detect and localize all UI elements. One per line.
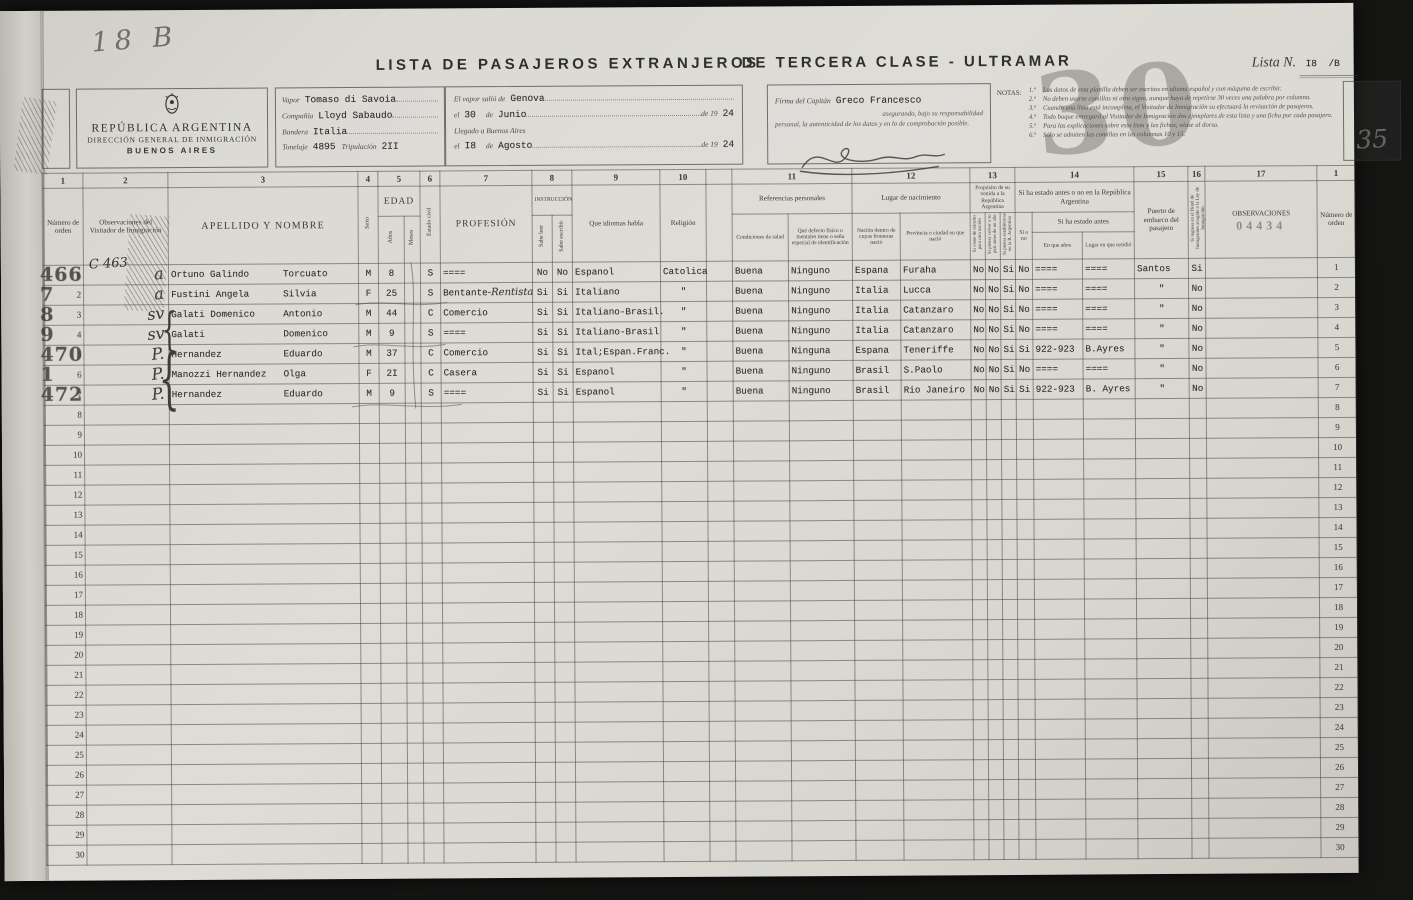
cell-c14lugar xyxy=(1086,799,1138,819)
cell-puerto xyxy=(1135,418,1189,438)
cell-order: 29 xyxy=(47,825,87,845)
col-header-proposito-1: Si viene de tránsito para otra nación xyxy=(970,213,985,260)
cell-order: 11 xyxy=(45,465,85,485)
cell-anos xyxy=(380,603,406,623)
cell-order: 13 xyxy=(45,505,85,525)
col-number-5: 5 xyxy=(378,171,420,186)
cell-religion xyxy=(663,681,709,701)
cell-defecto xyxy=(789,440,853,460)
cell-nacion xyxy=(853,420,901,440)
cell-anos: 2I xyxy=(379,363,405,383)
col-number-6: 6 xyxy=(420,171,440,186)
cell-salud xyxy=(733,441,789,461)
cell-defecto xyxy=(790,500,854,520)
cell-obs xyxy=(86,665,171,686)
cell-order: 7472 xyxy=(44,385,84,405)
cell-c14anos xyxy=(1033,399,1083,419)
cell-obs xyxy=(86,725,171,746)
cell-order: 27 xyxy=(44,285,84,305)
cell-escr xyxy=(554,562,574,582)
cell-nacion xyxy=(854,560,902,580)
cell-leer xyxy=(535,722,555,742)
cell-sexo: F xyxy=(359,283,379,303)
cell-anos xyxy=(379,423,405,443)
cell-p3: Si xyxy=(1001,379,1016,399)
cell-order: 12 xyxy=(45,485,85,505)
cell-escr xyxy=(554,582,574,602)
cell-p3 xyxy=(1002,519,1017,539)
cell-spacer xyxy=(710,781,736,801)
cell-p2: No xyxy=(986,320,1001,340)
cell-p1 xyxy=(973,640,988,660)
notas-list: 1.ªLos datos de esta planilla deben ser … xyxy=(1029,85,1337,140)
cell-c14anos xyxy=(1034,499,1084,519)
cell-nacion xyxy=(856,800,904,820)
cell-prof xyxy=(443,722,535,743)
col-number-9: 9 xyxy=(572,170,660,186)
cell-idiomas xyxy=(575,622,663,643)
cell-num2: 29 xyxy=(1321,817,1359,837)
cell-salud xyxy=(733,421,789,441)
cell-p1 xyxy=(971,400,986,420)
agency-city: BUENOS AIRES xyxy=(77,146,267,156)
cell-civil: C xyxy=(421,343,441,363)
cell-salud: Buena xyxy=(733,281,789,301)
compania-value: Lloyd Sabaudo xyxy=(318,110,392,121)
cell-c14si xyxy=(1017,519,1034,539)
cell-leer xyxy=(533,402,553,422)
cell-escr xyxy=(555,682,575,702)
cell-obs: P. xyxy=(84,385,169,406)
cell-idiomas: Ital;Espan.Franc. xyxy=(573,342,661,363)
cell-escr xyxy=(555,722,575,742)
cell-obs xyxy=(85,565,170,586)
cell-meses xyxy=(405,403,421,423)
cell-nacion xyxy=(854,480,902,500)
cell-name xyxy=(172,783,362,804)
cell-sexo xyxy=(360,443,380,463)
col-header-anos: Años xyxy=(378,216,404,263)
cell-prov xyxy=(903,760,973,780)
cell-name xyxy=(171,703,361,724)
cell-religion xyxy=(661,401,707,421)
cell-nacion xyxy=(856,780,904,800)
cell-puerto xyxy=(1136,478,1190,498)
cell-leer xyxy=(535,742,555,762)
cell-prov: Lucca xyxy=(901,280,971,300)
cell-puerto xyxy=(1137,718,1191,738)
lista-number: Lista N. I8 /B xyxy=(1252,55,1340,72)
cell-idiomas: Italiano xyxy=(573,282,661,303)
cell-spacer xyxy=(707,281,733,301)
cell-escr xyxy=(555,662,575,682)
cell-c14anos xyxy=(1035,639,1085,659)
cell-order: 5470 xyxy=(44,345,84,365)
cell-nacion: Italia xyxy=(853,320,901,340)
cell-num2: 28 xyxy=(1321,797,1359,817)
cell-c14lugar xyxy=(1085,619,1137,639)
cell-obs17 xyxy=(1207,438,1319,459)
cell-escr: Si xyxy=(553,302,573,322)
cell-religion xyxy=(664,821,710,841)
cell-meses xyxy=(408,843,424,863)
cell-num2: 20 xyxy=(1320,637,1358,657)
cell-civil xyxy=(423,623,443,643)
cell-defecto xyxy=(791,620,855,640)
cell-religion xyxy=(663,741,709,761)
cell-spacer xyxy=(707,301,733,321)
cell-p3 xyxy=(1002,559,1017,579)
cell-religion: " xyxy=(661,281,707,301)
de19-label: de 19 xyxy=(701,109,718,118)
cell-nacion xyxy=(855,680,903,700)
cell-religion xyxy=(661,421,707,441)
cell-p2 xyxy=(989,780,1004,800)
cell-spacer xyxy=(710,801,736,821)
cell-p3 xyxy=(1003,659,1018,679)
cell-c14anos xyxy=(1036,839,1086,859)
cell-c14anos xyxy=(1035,619,1085,639)
ship-box: VaporTomaso di Savoia CompañíaLloyd Saba… xyxy=(275,86,445,167)
col-header-estado-civil: Estado civil xyxy=(420,186,440,263)
col-number-4: 4 xyxy=(358,171,378,186)
cell-salud xyxy=(735,701,791,721)
cell-obs xyxy=(86,685,171,706)
cell-sexo xyxy=(361,643,381,663)
cell-puerto: " xyxy=(1135,318,1189,338)
cell-name xyxy=(170,463,360,484)
cell-nacion: Brasil xyxy=(853,360,901,380)
cell-defecto xyxy=(790,560,854,580)
cell-c14lugar xyxy=(1083,419,1135,439)
cell-defecto xyxy=(792,820,856,840)
cell-c14si: Si xyxy=(1016,379,1033,399)
cell-hotel xyxy=(1191,738,1208,758)
cell-idiomas xyxy=(574,482,662,503)
compania-label: Compañía xyxy=(282,111,313,120)
cell-p2 xyxy=(988,760,1003,780)
col-header-puerto: Puerto de embarco del pasajero xyxy=(1134,181,1188,258)
cell-order: 21 xyxy=(46,665,86,685)
cell-obs xyxy=(86,765,171,786)
cell-c14anos: 922-923 xyxy=(1033,379,1083,399)
cell-prof xyxy=(444,842,536,863)
cell-p3 xyxy=(1003,679,1018,699)
col-header-sexo: Sexo xyxy=(358,186,378,263)
col-number-12: 12 xyxy=(852,168,970,184)
cell-salud xyxy=(734,521,790,541)
cell-p1 xyxy=(974,820,989,840)
cell-meses xyxy=(406,583,422,603)
cell-p1: No xyxy=(971,300,986,320)
cell-c14si xyxy=(1019,839,1036,859)
cell-sexo xyxy=(360,503,380,523)
salida-ano: 24 xyxy=(723,108,734,119)
cell-p2: No xyxy=(986,280,1001,300)
cell-spacer xyxy=(709,721,735,741)
cell-puerto xyxy=(1138,758,1192,778)
cell-c14si xyxy=(1018,639,1035,659)
col-header-sabe-escribir: Sabe escribir xyxy=(552,215,572,262)
cell-p2: No xyxy=(986,380,1001,400)
cell-c14lugar xyxy=(1084,519,1136,539)
cell-p3: Si xyxy=(1001,279,1016,299)
el-label: el xyxy=(454,110,459,119)
cell-civil xyxy=(424,823,444,843)
cell-p1 xyxy=(973,740,988,760)
cell-name: GalatiDomenico xyxy=(169,323,359,344)
cell-c14lugar xyxy=(1086,839,1138,859)
cell-civil: S xyxy=(421,323,441,343)
cell-p3 xyxy=(1003,619,1018,639)
col-header-proposito-3: Si piensa establecerse en la R. Argentin… xyxy=(1000,212,1015,259)
cell-idiomas: Italiano-Brasil xyxy=(573,322,661,343)
cell-obs17 xyxy=(1206,398,1318,419)
de-label: de xyxy=(486,110,493,119)
cell-hotel: No xyxy=(1189,338,1206,358)
cell-prof xyxy=(442,502,534,523)
cell-hotel xyxy=(1192,818,1209,838)
cell-leer: Si xyxy=(533,302,553,322)
cell-prof xyxy=(442,522,534,543)
handwritten-visitor-mark: sv xyxy=(146,323,165,344)
cell-sexo xyxy=(360,543,380,563)
cell-escr xyxy=(554,542,574,562)
cell-leer xyxy=(536,802,556,822)
cell-num2: 30 xyxy=(1321,837,1359,857)
cell-c14si: No xyxy=(1016,279,1033,299)
cell-nacion xyxy=(854,520,902,540)
cell-num2: 5 xyxy=(1318,337,1356,357)
cell-civil: C xyxy=(421,363,441,383)
cell-num2: 13 xyxy=(1319,497,1357,517)
cell-meses xyxy=(405,323,421,343)
cell-escr: Si xyxy=(553,362,573,382)
cell-idiomas xyxy=(575,662,663,683)
cell-escr: Si xyxy=(553,342,573,362)
cell-obs: P. xyxy=(84,365,169,386)
cell-nacion: Brasil xyxy=(853,380,901,400)
cell-meses xyxy=(407,643,423,663)
cell-p1 xyxy=(972,600,987,620)
cell-leer xyxy=(534,482,554,502)
cell-idiomas xyxy=(575,742,663,763)
el2-label: el xyxy=(454,141,459,150)
cell-p2: No xyxy=(985,260,1000,280)
cell-p3 xyxy=(1003,739,1018,759)
cell-c14anos: ==== xyxy=(1033,299,1083,319)
cell-anos xyxy=(380,543,406,563)
cell-hotel xyxy=(1191,638,1208,658)
cell-religion: Catolica xyxy=(660,261,706,281)
vapor-label: Vapor xyxy=(282,95,300,104)
cell-anos: 37 xyxy=(379,343,405,363)
cell-c14lugar xyxy=(1085,659,1137,679)
cell-nacion xyxy=(856,820,904,840)
cell-order: 26 xyxy=(46,765,86,785)
cell-puerto xyxy=(1137,638,1191,658)
cell-religion xyxy=(662,501,708,521)
lista-suffix: /B xyxy=(1328,58,1339,69)
col-number-11: 11 xyxy=(732,168,852,184)
cell-order: 30 xyxy=(47,845,87,865)
cell-civil xyxy=(421,423,441,443)
tripulacion-value: 2II xyxy=(382,141,399,152)
cell-p1 xyxy=(972,480,987,500)
cell-salud xyxy=(733,401,789,421)
stamped-passenger-number: 470 xyxy=(40,344,83,366)
cell-p1: No xyxy=(970,260,985,280)
cell-spacer xyxy=(707,401,733,421)
cell-p2 xyxy=(988,720,1003,740)
cell-spacer xyxy=(710,841,736,861)
cell-obs17 xyxy=(1207,578,1319,599)
cell-religion xyxy=(662,581,708,601)
cell-c14lugar: B.Ayres xyxy=(1083,339,1135,359)
cell-obs17 xyxy=(1208,698,1320,719)
bandera-value: Italia xyxy=(313,126,347,137)
cell-civil xyxy=(422,543,442,563)
cell-salud xyxy=(736,841,792,861)
cell-num2: 16 xyxy=(1319,557,1357,577)
cell-obs17 xyxy=(1209,758,1321,779)
cell-escr xyxy=(555,642,575,662)
cell-c14si xyxy=(1018,619,1035,639)
cell-c14si xyxy=(1019,799,1036,819)
notas-box: NOTAS: 1.ªLos datos de esta planilla deb… xyxy=(991,81,1343,163)
cell-p3 xyxy=(1004,799,1019,819)
cell-c14si xyxy=(1019,779,1036,799)
cell-defecto: Ninguno xyxy=(789,320,853,340)
cell-obs: sv xyxy=(84,325,169,346)
cell-prov xyxy=(902,480,972,500)
cell-order: 15 xyxy=(45,545,85,565)
cell-religion xyxy=(664,781,710,801)
cell-leer xyxy=(533,442,553,462)
cell-spacer xyxy=(708,541,734,561)
cell-puerto xyxy=(1137,618,1191,638)
cell-leer xyxy=(535,762,555,782)
cell-puerto: " xyxy=(1135,278,1189,298)
cell-anos xyxy=(380,583,406,603)
cell-idiomas xyxy=(576,822,664,843)
cell-meses xyxy=(406,503,422,523)
cell-sexo: M xyxy=(359,303,379,323)
cell-order: 38 xyxy=(44,305,84,325)
cell-defecto xyxy=(790,580,854,600)
cell-obs17 xyxy=(1207,498,1319,519)
cell-p2 xyxy=(986,420,1001,440)
cell-salud xyxy=(734,601,790,621)
cell-leer xyxy=(534,502,554,522)
cell-nacion: Espana xyxy=(853,340,901,360)
cell-idiomas xyxy=(574,562,662,583)
cell-escr xyxy=(553,442,573,462)
cell-prof xyxy=(441,402,533,423)
cell-name xyxy=(170,583,360,604)
cell-p2 xyxy=(987,460,1002,480)
cell-meses xyxy=(407,743,423,763)
cell-anos: 9 xyxy=(379,383,405,403)
cell-anos: 8 xyxy=(378,263,404,283)
cell-prof: Comercio xyxy=(441,342,533,363)
col-header-edad: EDAD xyxy=(378,186,420,216)
cell-c14si xyxy=(1019,819,1036,839)
col-number-14: 14 xyxy=(1015,167,1134,183)
cell-c14anos: ==== xyxy=(1033,359,1083,379)
blank-box xyxy=(42,89,70,169)
cell-p1: No xyxy=(971,320,986,340)
col-header-observaciones-visitador: Observaciones del Visitador de Inmigraci… xyxy=(83,188,168,266)
cell-name: Galati DomenicoAntonio xyxy=(169,303,359,324)
cell-c14lugar xyxy=(1084,579,1136,599)
de19b-label: de 19 xyxy=(701,140,718,149)
cell-meses xyxy=(405,283,421,303)
cell-civil: S xyxy=(421,383,441,403)
cell-p1 xyxy=(974,800,989,820)
col-header-estado-antes: Si ha estado antes o no en la República … xyxy=(1015,182,1134,213)
cell-c14lugar xyxy=(1085,639,1137,659)
cell-hotel xyxy=(1191,618,1208,638)
cell-prov xyxy=(902,460,972,480)
cell-sexo xyxy=(360,563,380,583)
cell-obs xyxy=(84,405,169,426)
cell-spacer xyxy=(710,821,736,841)
cell-idiomas xyxy=(574,582,662,603)
cell-p1 xyxy=(974,780,989,800)
cell-hotel xyxy=(1190,478,1207,498)
cell-order: 23 xyxy=(46,705,86,725)
cell-prof xyxy=(442,582,534,603)
cell-c14lugar xyxy=(1086,819,1138,839)
cell-idiomas xyxy=(573,422,661,443)
cell-civil xyxy=(424,843,444,863)
cell-religion: " xyxy=(661,321,707,341)
cell-c14lugar: ==== xyxy=(1083,299,1135,319)
scanned-page: LISTA DE PASAJEROS EXTRANJEROS DE TERCER… xyxy=(0,3,1359,881)
cell-p2 xyxy=(989,840,1004,860)
vapor-value: Tomaso di Savoia xyxy=(305,94,396,106)
cell-c14lugar: B. Ayres xyxy=(1083,379,1135,399)
cell-religion xyxy=(662,481,708,501)
cell-p1 xyxy=(973,700,988,720)
cell-order: 9 xyxy=(44,425,84,445)
cell-civil xyxy=(422,603,442,623)
cell-c14anos xyxy=(1034,519,1084,539)
cell-c14anos xyxy=(1036,799,1086,819)
cell-escr xyxy=(554,602,574,622)
cell-anos: 44 xyxy=(379,303,405,323)
col-header-referencias: Referencias personales xyxy=(732,183,852,214)
cell-prof xyxy=(443,742,535,763)
cell-c14lugar: ==== xyxy=(1083,279,1135,299)
cell-escr: No xyxy=(552,262,572,282)
cell-prof xyxy=(443,702,535,723)
handwritten-visitor-mark: a xyxy=(153,264,165,284)
cell-religion xyxy=(664,841,710,861)
cell-nacion xyxy=(856,840,904,860)
cell-name xyxy=(170,503,360,524)
cell-puerto xyxy=(1136,558,1190,578)
cell-c14si xyxy=(1018,739,1035,759)
cell-obs xyxy=(86,745,171,766)
cell-num2: 6 xyxy=(1318,357,1356,377)
cell-sexo xyxy=(361,723,381,743)
cell-anos: 9 xyxy=(379,323,405,343)
cell-hotel xyxy=(1191,718,1208,738)
cell-p2 xyxy=(987,560,1002,580)
firma-label: Firma del Capitán xyxy=(775,96,831,105)
